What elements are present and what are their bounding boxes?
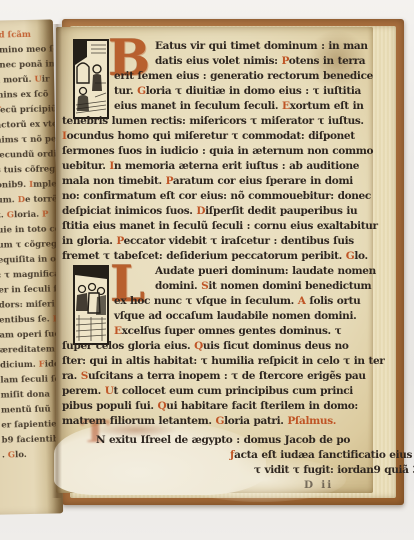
black-ink-text: uebitur. xyxy=(62,160,109,172)
rubric-red-text: E xyxy=(114,325,122,337)
psalm-text-line: ra. Suſcitans a terra inopem : τ de ſter… xyxy=(62,369,370,384)
black-ink-text: ex hoc nunc τ vſque in ſeculum. xyxy=(114,295,298,307)
black-ink-text: xcelſus ſuper omnes gentes dominus. τ xyxy=(122,325,342,337)
black-ink-text: D ii xyxy=(304,479,333,491)
black-ink-text: mentũ ſuũ xyxy=(1,405,51,416)
psalm-text-line: pibus populi ſui. Qui habitare facit ſte… xyxy=(62,399,370,414)
black-ink-text: eius manet in ſeculum ſeculi. xyxy=(114,100,282,112)
psalm-text-line: domini. Sit nomen domini benedictum xyxy=(62,279,370,294)
psalm-text-line: in gloria. Peccator videbit τ iraſcetur … xyxy=(62,234,370,249)
rubric-red-text: D xyxy=(196,205,205,217)
psalm-text-line: Eatus vir qui timet dominum : in man xyxy=(62,39,370,54)
black-ink-text: ſuper celos gloria eius. xyxy=(62,340,194,352)
black-ink-text: it nomen domini benedictum xyxy=(208,280,371,292)
black-ink-text: dicium. xyxy=(0,360,39,371)
rubric-red-text: E xyxy=(282,100,290,112)
rubric-red-text: Q xyxy=(194,340,203,352)
rubric-red-text: Q xyxy=(157,400,166,412)
black-ink-text: loria. xyxy=(14,210,42,221)
psalm-text-line: D ii xyxy=(62,478,370,493)
black-ink-text: datis eius volet nimis: xyxy=(155,55,281,67)
black-ink-text: Eatus vir qui timet dominum : in man xyxy=(155,40,368,52)
rubric-red-text: G xyxy=(215,415,224,427)
black-ink-text: mala non timebit. xyxy=(62,175,166,187)
rubric-red-text: ad ſcãm xyxy=(0,30,31,41)
black-ink-text: no: confirmatum eſt cor eius: nõ commoue… xyxy=(62,190,371,202)
black-ink-text: ſolis ortu xyxy=(306,295,361,307)
psalm-text-line: fremet τ tabeſcet: deſiderium peccatorum… xyxy=(62,249,370,264)
black-ink-text: N exitu Iſreel de ægypto : domus Jacob d… xyxy=(96,434,350,446)
black-ink-text: τ vidit τ fugit: iordan9 quiã 3 xyxy=(254,464,414,476)
black-ink-text: lo. xyxy=(354,250,367,262)
black-ink-text: ra. xyxy=(62,370,81,382)
black-ink-text: t collocet eum cum principibus cum princ… xyxy=(114,385,353,397)
black-ink-text: tur. xyxy=(114,85,137,97)
black-ink-text: lo. xyxy=(15,450,27,460)
black-ink-text: ſter: qui in altis habitat: τ humilia re… xyxy=(62,355,385,367)
black-ink-text: uis ſicut dominus deus no xyxy=(203,340,349,352)
psalm-text-line: tur. Gloria τ diuitiæ in domo eius : τ i… xyxy=(62,84,370,99)
rubric-red-text: A xyxy=(298,295,306,307)
psalm-text-line: N exitu Iſreel de ægypto : domus Jacob d… xyxy=(62,433,370,448)
black-ink-text: um. xyxy=(0,195,18,205)
black-ink-text: matrem filiorum letantem. xyxy=(62,415,215,427)
black-ink-text: n memoria æterna erit iuſtus : ab auditi… xyxy=(114,160,359,172)
black-ink-text: loria patri. xyxy=(224,415,287,427)
book-photograph: ad ſcãmomino meo ſeonec ponã imn morũ. U… xyxy=(0,0,414,540)
black-ink-text: onib9. xyxy=(0,180,29,191)
psalm-text-line: mala non timebit. Paratum cor eius ſpera… xyxy=(62,174,370,189)
psalm-text-block: Eatus vir qui timet dominum : in mandati… xyxy=(62,39,370,493)
rubric-red-text: S xyxy=(81,370,88,382)
psalm-text-line: ſtitia eius manet in ſeculũ ſeculi : cor… xyxy=(62,219,370,234)
black-ink-text: deſpiciat inimicos ſuos. xyxy=(62,205,196,217)
psalm-text-line: Excelſus ſuper omnes gentes dominus. τ xyxy=(62,324,370,339)
black-ink-text: aratum cor eius ſperare in domi xyxy=(173,175,353,187)
psalm-text-line: datis eius volet nimis: Potens in terra xyxy=(62,54,370,69)
black-ink-text: xortum eſt in xyxy=(290,100,364,112)
black-ink-text: eccator videbit τ iraſcetur : dentibus ſ… xyxy=(124,235,354,247)
black-ink-text: in gloria. xyxy=(62,235,116,247)
black-ink-text: acta eſt iudæa ſanctificatio eius xyxy=(234,449,412,461)
black-ink-text: n morũ. xyxy=(0,75,35,86)
rubric-red-text: P xyxy=(116,235,123,247)
black-ink-text: ui habitare facit ſterilem in domo: xyxy=(166,400,358,412)
black-ink-text: ſermones ſuos in iudicio : quia in ætern… xyxy=(62,145,373,157)
psalm-text-line: deſpiciat inimicos ſuos. Diſperſit dedit… xyxy=(62,204,370,219)
binding-gutter-shadow xyxy=(52,24,62,498)
psalm-text-line: perem. Ut collocet eum cum principibus c… xyxy=(62,384,370,399)
black-ink-text: otens in terra xyxy=(289,55,366,67)
black-ink-text: ocundus homo qui miſeretur τ commodat: d… xyxy=(67,130,355,142)
psalm-text-line: τ vidit τ fugit: iordan9 quiã 3 xyxy=(62,463,370,478)
black-ink-text: perem. xyxy=(62,385,105,397)
black-ink-text: Audate pueri dominum: laudate nomen xyxy=(155,265,376,277)
rubric-red-text: P xyxy=(281,55,288,67)
rubric-red-text: U xyxy=(105,385,114,397)
recto-page: T xyxy=(56,27,373,493)
black-ink-text: pibus populi ſui. xyxy=(62,400,157,412)
black-ink-text: iſperſit dedit pauperibus iu xyxy=(205,205,357,217)
black-ink-text: tenebris lumen rectis: miſericors τ miſe… xyxy=(62,115,364,127)
psalm-text-line: Audate pueri dominum: laudate nomen xyxy=(62,264,370,279)
psalm-text-line: ƒacta eſt iudæa ſanctificatio eius xyxy=(62,448,370,463)
psalm-text-line: matrem filiorum letantem. Gloria patri. … xyxy=(62,414,370,429)
psalm-text-line: ex hoc nunc τ vſque in ſeculum. A ſolis … xyxy=(62,294,370,309)
black-ink-text: fremet τ tabeſcet: deſiderium peccatorum… xyxy=(62,250,346,262)
rubric-red-text: Pſalmus. xyxy=(287,415,336,427)
psalm-text-line: tenebris lumen rectis: miſericors τ miſe… xyxy=(62,114,370,129)
psalm-text-line: uebitur. In memoria æterna erit iuſtus :… xyxy=(62,159,370,174)
black-ink-text: erit ſemen eius : generatio rectorum ben… xyxy=(114,70,373,82)
psalm-text-line: erit ſemen eius : generatio rectorum ben… xyxy=(62,69,370,84)
psalm-text-line: ſter: qui in altis habitat: τ humilia re… xyxy=(62,354,370,369)
psalm-text-line: Iocundus homo qui miſeretur τ commodat: … xyxy=(62,129,370,144)
black-ink-text: miſit dona xyxy=(1,390,50,401)
black-ink-text: vſque ad occaſum laudabile nomen domini. xyxy=(114,310,356,322)
psalm-text-line: ſermones ſuos in iudicio : quia in ætern… xyxy=(62,144,370,159)
black-ink-text: domini. xyxy=(155,280,201,292)
psalm-text-line: ſuper celos gloria eius. Quis ſicut domi… xyxy=(62,339,370,354)
psalm-text-line: eius manet in ſeculum ſeculi. Exortum eſ… xyxy=(62,99,370,114)
rubric-red-text: P xyxy=(166,175,173,187)
psalm-text-line: no: confirmatum eſt cor eius: nõ commoue… xyxy=(62,189,370,204)
psalm-text-line: vſque ad occaſum laudabile nomen domini. xyxy=(62,309,370,324)
black-ink-text: loria τ diuitiæ in domo eius : τ iuſtiti… xyxy=(146,85,361,97)
rubric-red-text: G xyxy=(137,85,146,97)
black-ink-text: ſtitia eius manet in ſeculũ ſeculi : cor… xyxy=(62,220,378,232)
black-ink-text: uſcitans a terra inopem : τ de ſtercore … xyxy=(88,370,366,382)
